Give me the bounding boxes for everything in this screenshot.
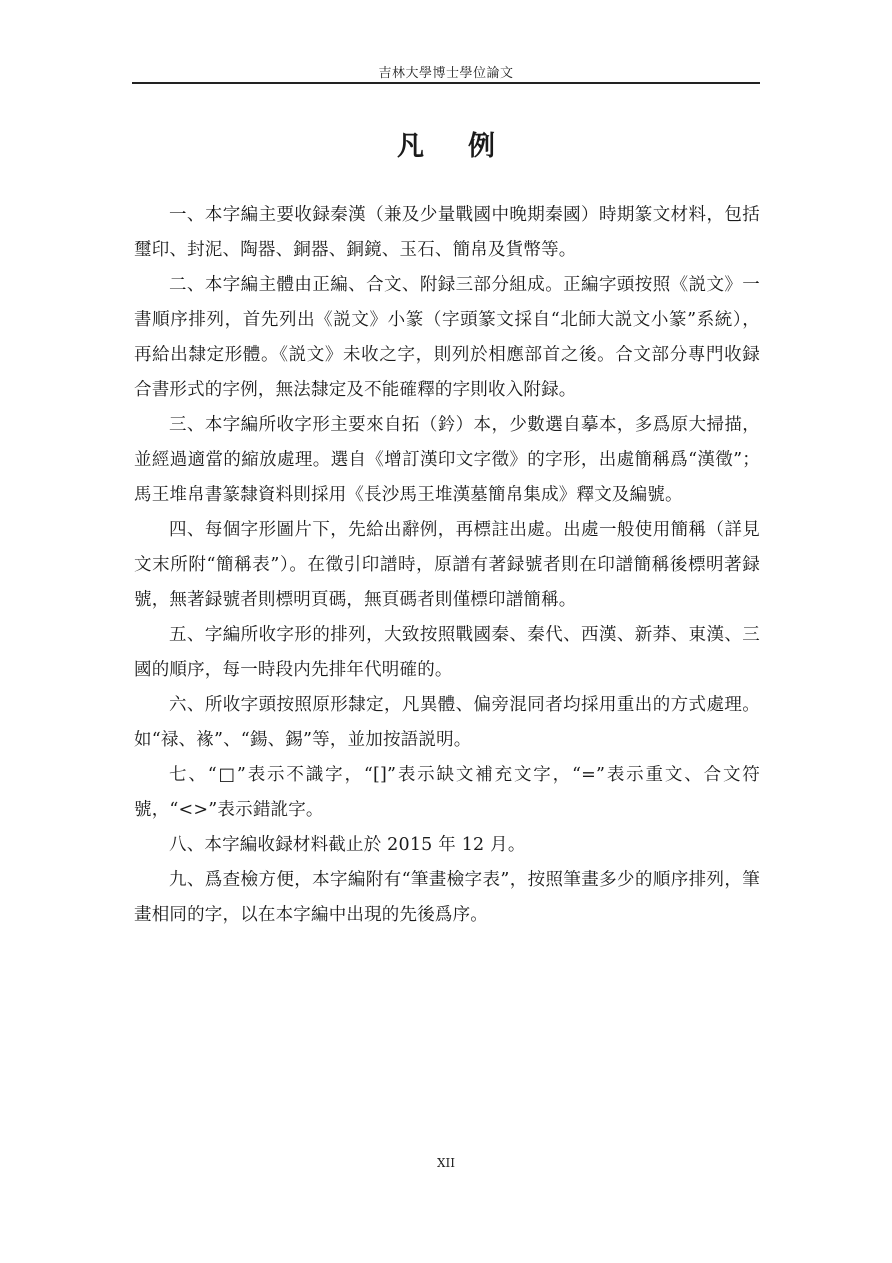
paragraph-2: 二、本字編主體由正編、合文、附録三部分組成。正編字頭按照《説文》一書順序排列，首… [134,268,760,408]
paragraph-4: 四、每個字形圖片下，先給出辭例，再標註出處。出處一般使用簡稱（詳見文末所附“簡稱… [134,513,760,618]
paragraph-9: 九、爲查檢方便，本字編附有“筆畫檢字表”，按照筆畫多少的順序排列，筆畫相同的字，… [134,863,760,933]
paragraph-7: 七、“□”表示不識字，“[]”表示缺文補充文字，“=”表示重文、合文符號，“<>… [134,758,760,828]
paragraph-3: 三、本字編所收字形主要來自拓（鈐）本，少數選自摹本，多爲原大掃描，並經過適當的縮… [134,408,760,513]
paragraph-8: 八、本字編收録材料截止於 2015 年 12 月。 [134,828,760,863]
running-header-title: 吉林大學博士學位論文 [132,62,760,81]
page-number: XII [132,1156,760,1170]
document-body: 一、本字編主要收録秦漢（兼及少量戰國中晚期秦國）時期篆文材料，包括璽印、封泥、陶… [134,198,760,933]
paragraph-6: 六、所收字頭按照原形隸定，凡異體、偏旁混同者均採用重出的方式處理。如“禄、褖”、… [134,688,760,758]
paragraph-1: 一、本字編主要收録秦漢（兼及少量戰國中晚期秦國）時期篆文材料，包括璽印、封泥、陶… [134,198,760,268]
header-rule-divider [132,82,760,84]
paragraph-5: 五、字編所收字形的排列，大致按照戰國秦、秦代、西漢、新莽、東漢、三國的順序，每一… [134,618,760,688]
page-title: 凡例 [132,124,760,163]
